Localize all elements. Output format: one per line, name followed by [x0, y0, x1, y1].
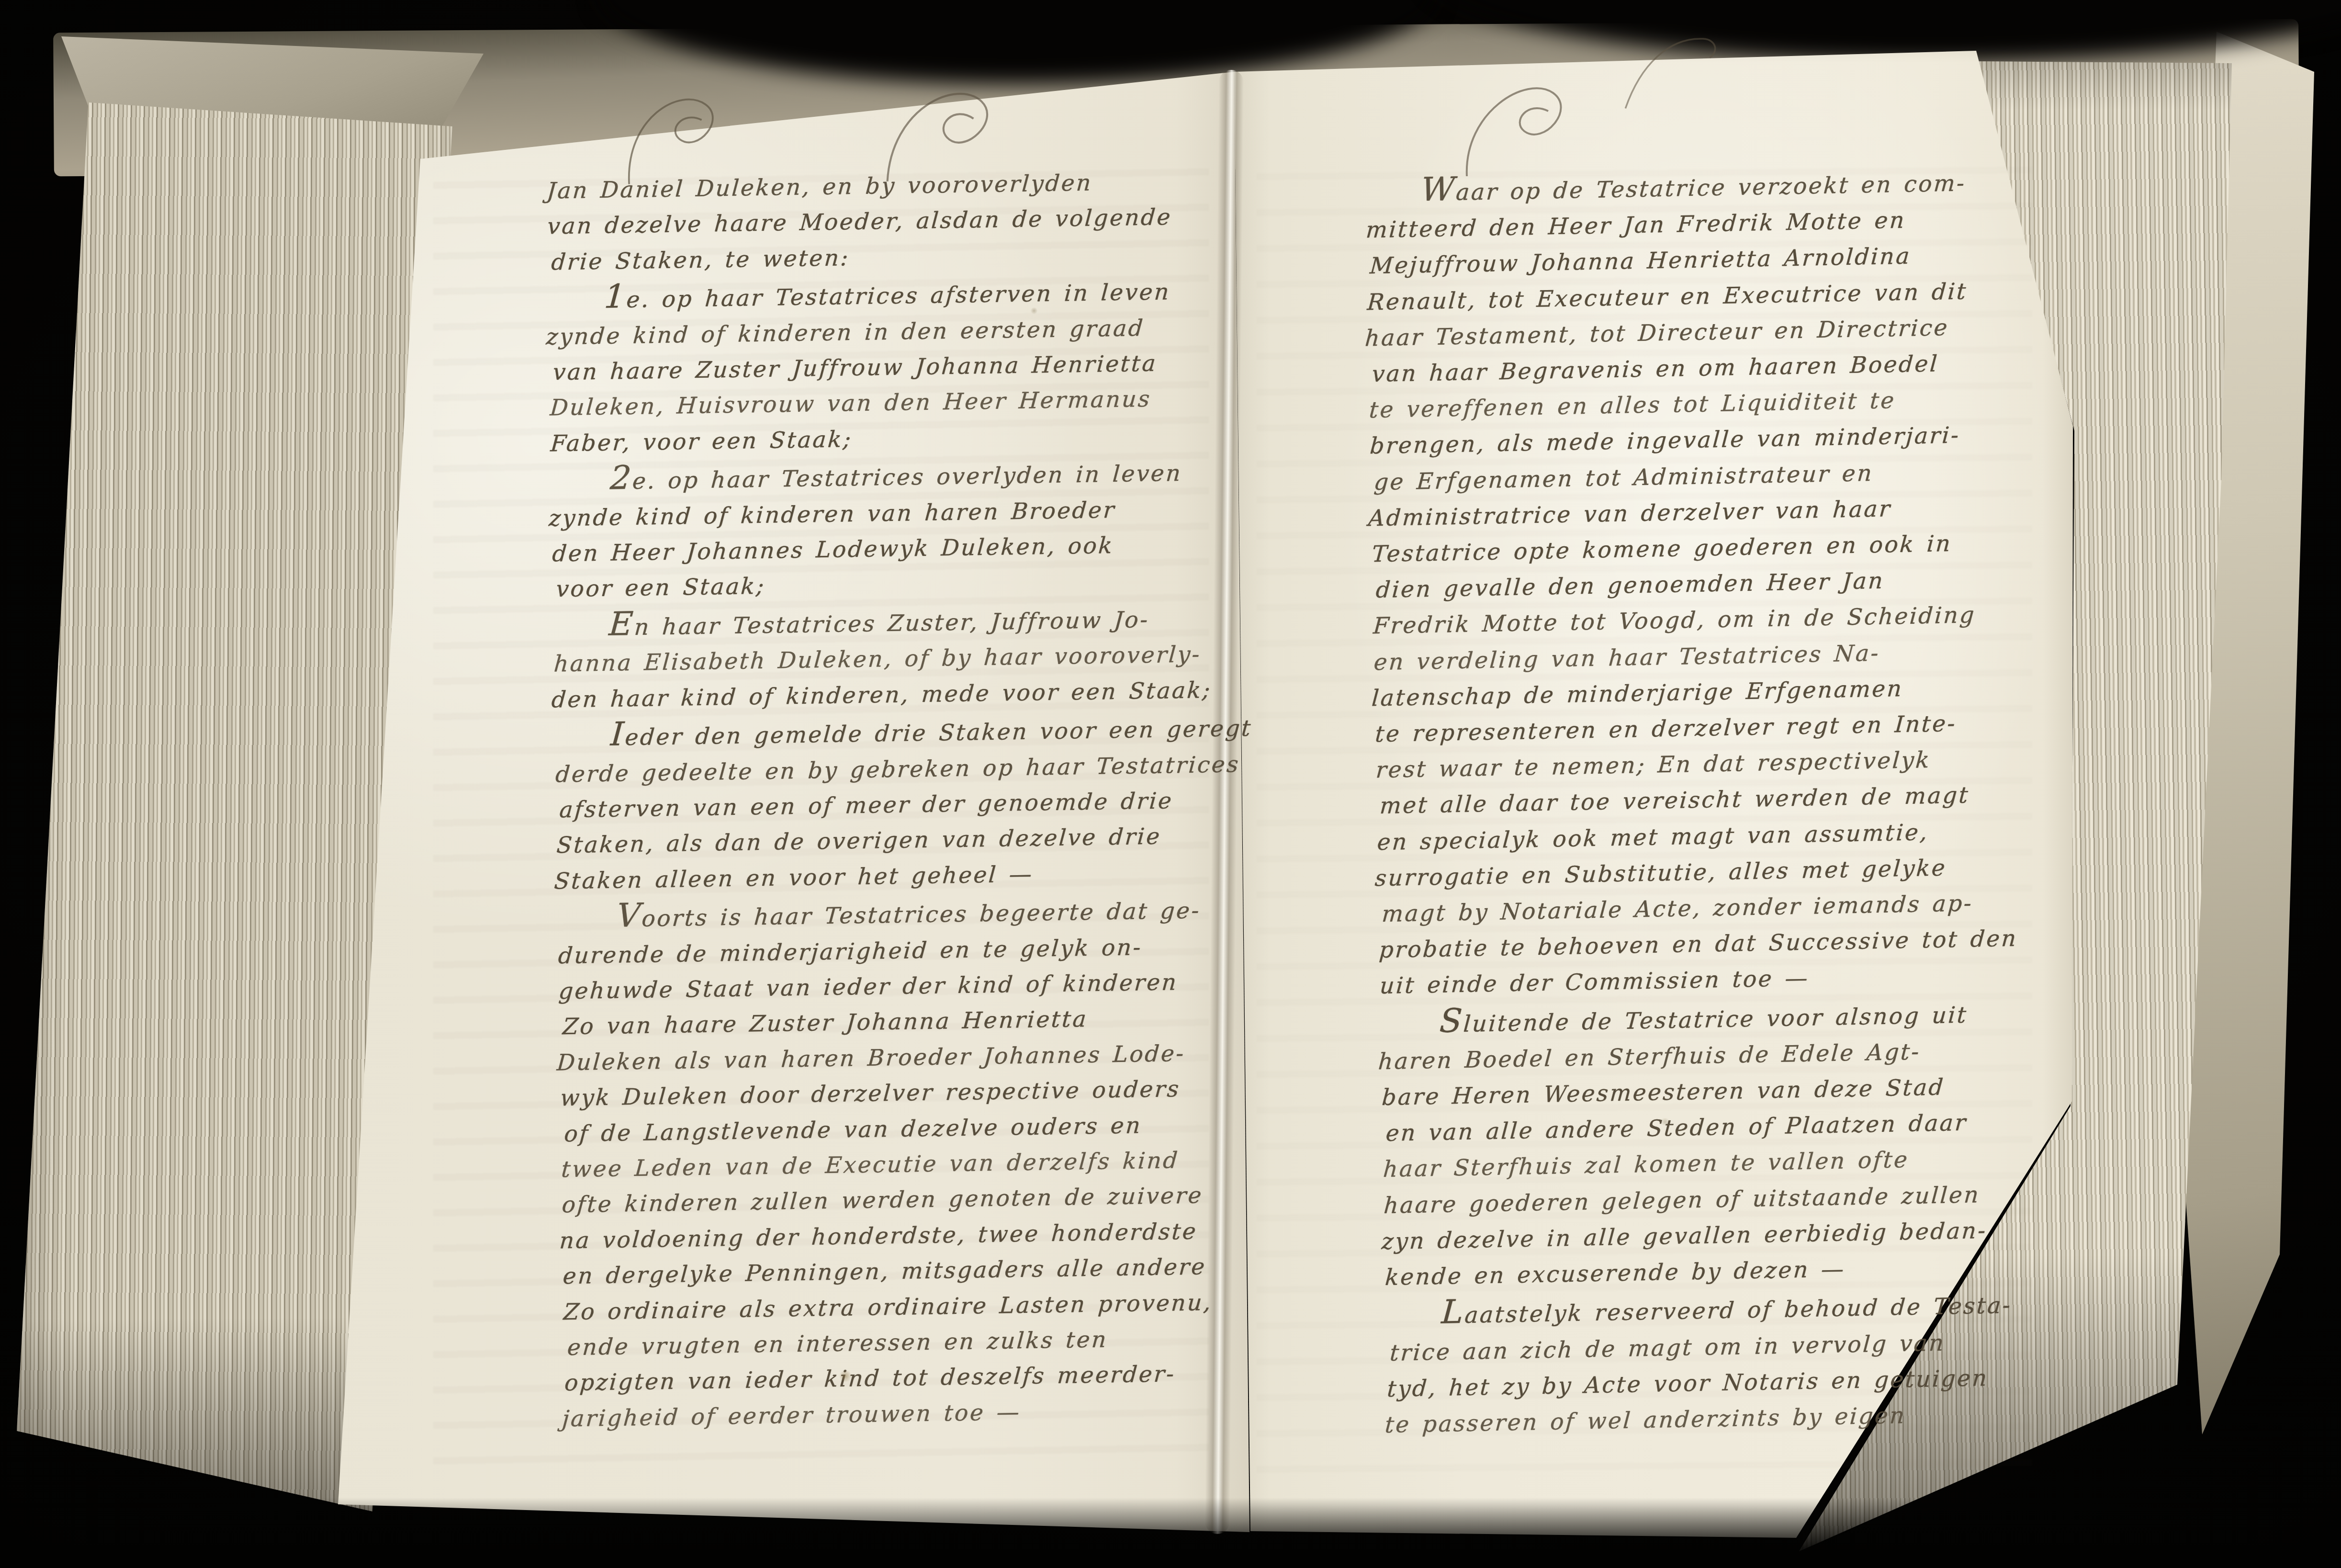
left-page-handwritten-text: Jan Daniel Duleken, en by vooroverlydenv…	[545, 164, 1235, 1437]
right-page-handwritten-text: Waar op de Testatrice verzoekt en com-mi…	[1363, 160, 2074, 1443]
paper-stain	[839, 1370, 852, 1382]
photograph-of-open-manuscript-book: Jan Daniel Duleken, en by vooroverlydenv…	[0, 0, 2341, 1568]
bottom-shadow	[0, 1498, 2341, 1568]
paper-stain	[1030, 307, 1038, 314]
pen-flourish-icon	[1455, 71, 1580, 181]
paper-stain	[1660, 1118, 1670, 1126]
